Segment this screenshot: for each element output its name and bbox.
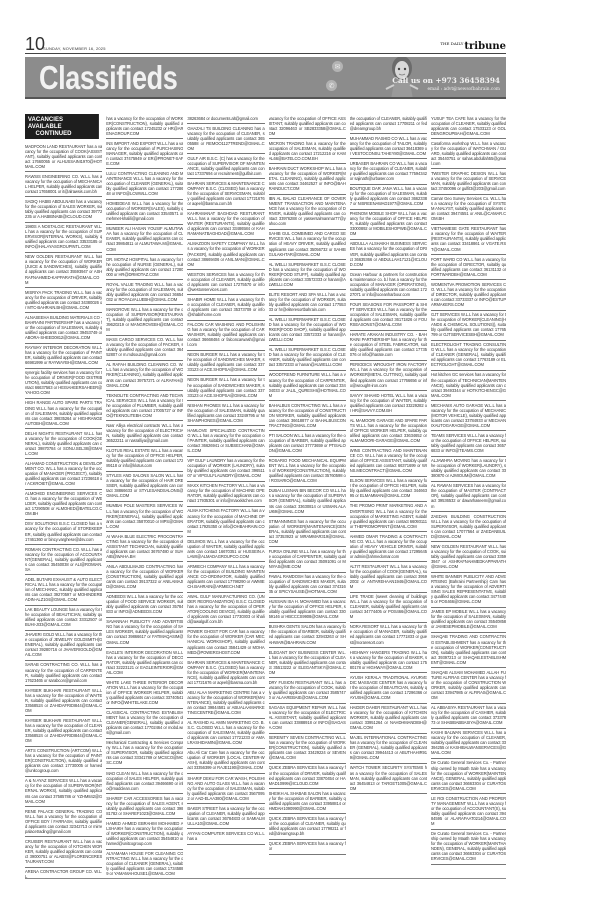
classified-ad: LAK BEAUTY LOUNGE has a vacancy for the … bbox=[25, 606, 102, 631]
classified-ad: ELSON SERVICES W.L.L has a vacancy for t… bbox=[350, 477, 427, 502]
classified-ad: ALNASEEHA BUILDING MATERIALS CO - BAHRAI… bbox=[25, 313, 102, 343]
classified-ad: SHAQAB TRADING AND CONTRACTING ESTABLISH… bbox=[431, 633, 506, 668]
classified-ad: ADEL BUTAIRI EXHAUST & AUTO ELECTRICAL W… bbox=[25, 575, 102, 605]
classified-ad: HIGHWAY HANGERS TRADING W.L.L has a vaca… bbox=[350, 648, 427, 673]
classified-ad: KHYBER BUKHARI RESTAURANT W.L.L has a va… bbox=[25, 686, 102, 716]
classified-ad: SHARIF DEKU FOR CAR WASH, POLISHING AND … bbox=[187, 774, 264, 804]
classified-ad: MECHANIX AUTO GARAGE W.L.L has a vacancy… bbox=[431, 401, 506, 431]
classified-ad: SAHIB GUL COMBINED AND CARGO SERVICES W.… bbox=[269, 230, 346, 260]
classified-ad: ANILA ABDULMAJID CONTRACTING has a vacan… bbox=[106, 562, 183, 592]
classified-ad: Nasr Alliya electrical contracts W.L.L h… bbox=[106, 421, 183, 446]
classified-ad: WOMENTVA PROMOTION SERVICES CO. W.L.L ha… bbox=[431, 280, 506, 310]
classified-ad: INS IMPORT AND EXPORT W.L.L has a vacanc… bbox=[106, 139, 183, 169]
classified-ad: ROMIAN CONTRACTING CO. W.L.L has a vacan… bbox=[25, 545, 102, 575]
classified-ad: ALJAWHRA MOVING has a vacancy for the oc… bbox=[431, 457, 506, 482]
classified-ad: WINS CONTRACTING AND MAINTENANCE CO. W.L… bbox=[350, 447, 427, 477]
classified-ad: AL ABBASIYA RESTAURANT has a vacancy for… bbox=[431, 704, 506, 729]
classified-ad: DUBAI LUSNAN BIN BECOR CO W.L.L has a va… bbox=[269, 487, 346, 517]
classified-ad: has a vacancy for the occupation of WORK… bbox=[106, 114, 183, 139]
classified-ad: ALMOHED ENGINEERING SERVICES CO. has a v… bbox=[25, 490, 102, 520]
classified-ad: TEKNOLITE CONTRACTING AND TECHNICAL SERV… bbox=[106, 391, 183, 421]
classified-ad: MANGROVE W.L.L has a vacancy for the occ… bbox=[106, 305, 183, 335]
classified-ad: DSV SOLUTIONS B.S.C CLOSED has a vacancy… bbox=[25, 520, 102, 545]
classified-ad: WHITE BANNER PUBLICITY AND ADVERTISING (… bbox=[431, 573, 506, 608]
classified-ad: DRY FUSION RESTAURANT W.L.L has a vacanc… bbox=[269, 678, 346, 703]
classified-ad: LIFE TRADE (sweet cleaning of buildings … bbox=[350, 593, 427, 623]
classified-ad: Ocean Harbour & partners for constructio… bbox=[350, 270, 427, 300]
classified-ad: Casaforma workshop W.L.L has a vacancy f… bbox=[431, 139, 506, 169]
classified-ad: BUSHRA GENTS SALON has a vacancy for the… bbox=[269, 623, 346, 648]
classified-ad: VIETNAMESE GATE RESTAURANT has a vacancy… bbox=[431, 225, 506, 255]
classified-ad: BAHALBUS CONTRACTING W.L.L has a vacancy… bbox=[269, 401, 346, 431]
classified-ad: GJT SERVICES W.L.L has a vacancy for the… bbox=[431, 311, 506, 341]
classified-ad: RAWSIS ENGINEERING CO. W.L.L has a vacan… bbox=[25, 172, 102, 197]
classified-ad: AL MAMOORI GARAGE AND SPARE PARTS W.L.L … bbox=[350, 416, 427, 446]
column-6: YUSUF TEA CAFE has a vacancy for the occ… bbox=[431, 114, 506, 879]
classified-ad: KHYBER BUKHARI RESTAURANT W.L.L has a va… bbox=[25, 716, 102, 746]
classified-ad: AL WELLI SUPERMARKET B.S.C CLOSED has a … bbox=[269, 260, 346, 290]
classified-ad: FURSA ONLINE W.L.L has a vacancy for the… bbox=[269, 547, 346, 572]
classified-ad: PTI SALOON W.L.L has a vacancy for the o… bbox=[269, 431, 346, 456]
classified-ad: QUICK ZEBRA SERVICES has a vacancy for t… bbox=[269, 764, 346, 789]
classified-ad: TEAMS SERVICES W.L.L has a vacancy for t… bbox=[431, 431, 506, 456]
classified-ad: MISRIYA PACK TRADING W.L.L has a vacancy… bbox=[25, 288, 102, 313]
classified-ad: ELITE RESORT AND SPA W.L.L has a vacancy… bbox=[269, 290, 346, 315]
classified-ad: PERIODICS WROUGHT IRON FACTORY W.L.L has… bbox=[350, 361, 427, 391]
classified-ad: SHAQAB ALSAM MOHAMED ALLAH FUTURE ALFIRA… bbox=[431, 668, 506, 703]
classified-ad: JAMES EP MOBILE W.L.L has a vacancy for … bbox=[431, 608, 506, 633]
classified-ad: SHABIR HOME W.L.L has a vacancy for the … bbox=[187, 295, 264, 320]
classified-ad: AYYAN COMPUTER SERVICES CO W.L.L has a bbox=[187, 829, 264, 844]
classified-ad: BAHRAIN SERVICES & MAINTENANCE COMPANY B… bbox=[187, 658, 264, 688]
classified-ad: SARAB CONTRACTING CO. W.L.L has a vacanc… bbox=[25, 661, 102, 686]
classified-ad: FOUR SEASONS FOR PASSPORT & SHIFT SERVIC… bbox=[350, 300, 427, 330]
classified-ad: MAD CLEAN W.L.L has a vacancy for the oc… bbox=[106, 769, 183, 794]
classified-ad: Hot kitchen GC services has a vacancy fo… bbox=[431, 371, 506, 401]
classified-ad: De Curato General Services Co. - Partner… bbox=[431, 830, 506, 865]
classifieds-columns: VACANCIES AVAILABLE CONTINUED MADFOON LA… bbox=[25, 114, 506, 879]
classified-ad: KAHRAMANAT BAGHDAD RESTURANT W.L.L has a… bbox=[187, 210, 264, 240]
section-heading-line1: VACANCIES AVAILABLE bbox=[28, 116, 96, 130]
phone-contact: Call us on +973 36458394 bbox=[392, 76, 500, 85]
classified-ad: QUICK ZEBRA SERVICES has a vacancy for t… bbox=[269, 814, 346, 839]
classified-ad: THE PROMO PRINT MARKETING AND ADVERTISIN… bbox=[350, 502, 427, 532]
classified-ad: SERENITY SEVEN CONTRACTING W.L.L has a v… bbox=[269, 734, 346, 764]
classified-ad: 38263684 or documents.alt@gmail.com bbox=[187, 114, 264, 124]
page-header: 10 SUNDAY, NOVEMBER 16, 2025 THE DAILYtr… bbox=[25, 36, 506, 54]
classified-ad: the occupation of CLEANER, suitably qual… bbox=[350, 114, 427, 134]
section-heading: VACANCIES AVAILABLE CONTINUED bbox=[25, 114, 99, 139]
classified-ad: ALYAMAMA HOUSE FOR CLEANING CONTRACTING … bbox=[106, 850, 183, 879]
classified-ad: GULF AIR B.S.C. (C) has a vacancy for th… bbox=[187, 154, 264, 179]
classified-ad: ROSARIO FOOD MECHANICAL EQUIPMENT W.L.L … bbox=[269, 457, 346, 487]
classified-ad: NISHAN PHONES W.L.L has a vacancy for th… bbox=[187, 401, 264, 426]
classified-ad: MUMBAI POLE MASTERS SERVICES W.L.L has a… bbox=[106, 502, 183, 532]
classified-ad: NEW GOLDEN RESTAURANT W.L.L has a vacanc… bbox=[431, 542, 506, 572]
classified-ad: DELIMOS W.L.L has a vacancy for the occu… bbox=[187, 537, 264, 562]
classified-ad: AWAL GULF MANUFACTURING CO. (UNDER REORG… bbox=[187, 593, 264, 628]
classified-ad: VIP GULF LAUNDRY has a vacancy for the o… bbox=[187, 457, 264, 482]
classified-ad: BAHRAIN SERVICES & MAINTENANCE COMPANY B… bbox=[187, 179, 264, 209]
classified-ad: NORA RESORT W.L.L has a vacancy for the … bbox=[350, 623, 427, 648]
classified-ad: AL RASHID AL AMIN MARKETING CO. B.S.C. C… bbox=[187, 719, 264, 749]
column-5: the occupation of CLEANER, suitably qual… bbox=[350, 114, 427, 879]
classified-ad: synergic facility services has a vacancy… bbox=[25, 369, 102, 399]
classified-ad: BAKER STREET has a vacancy for the occup… bbox=[187, 804, 264, 829]
classified-ad: CRUISER RESTAURANT W.L.L has a vacancy f… bbox=[25, 837, 102, 867]
classified-ad: WESTON SERVICES has a vacancy for the oc… bbox=[187, 270, 264, 295]
classified-ad: URBASER BAHRAIN CO W.L.L has a vacancy f… bbox=[350, 159, 427, 184]
classified-ad: Mechanical Contracting & Services Compan… bbox=[106, 739, 183, 769]
column-2: has a vacancy for the occupation of WORK… bbox=[106, 114, 183, 879]
email-contact: email : advt@newsofbahrain.com bbox=[427, 87, 500, 92]
classified-ad: TWISTER GRAPHIC DESIGN W.L.L has a vacan… bbox=[431, 169, 506, 194]
classified-ad: MUHAMMAD RASHID CO W.L.L has a vacancy f… bbox=[350, 134, 427, 159]
classified-ad: BAHRAIN DUCT WORKSHOP W.L.L has a vacanc… bbox=[269, 164, 346, 194]
column-1: VACANCIES AVAILABLE CONTINUED MADFOON LA… bbox=[25, 114, 102, 879]
classified-ad: NEON BURGER W.L.L has a vacancy for the … bbox=[187, 376, 264, 401]
publication-date: SUNDAY, NOVEMBER 16, 2025 bbox=[43, 46, 106, 51]
classified-ad: MAXX KITCHEN FACTORY W.L.L has a vacancy… bbox=[187, 482, 264, 507]
classified-ad: GHAZALI TS BUILDING CLEANING has a vacan… bbox=[187, 124, 264, 154]
classified-ad: De Curato General Services Co. - Partner… bbox=[431, 759, 506, 794]
classified-ad: RAYWAY INTERIOR DECORATION W.L.L has a v… bbox=[25, 344, 102, 369]
classified-ad: ALMAZOON SAFETY COMPANY W.L.L has a vaca… bbox=[187, 240, 264, 270]
classified-ad: SHEIKH AL SHABAB SALON has a vacancy for… bbox=[269, 789, 346, 814]
classified-ad: MADFOON LAND RESTAURANT has a vacancy fo… bbox=[25, 142, 102, 172]
classified-ad: AL WELLI SUPERMARKET B.S.C CLOSED has a … bbox=[269, 316, 346, 346]
classified-ad: AYUSH KERALA TRADITIONAL AYURVEDIC MASSA… bbox=[350, 673, 427, 703]
classified-ad: ARTS CONSTRUCTION (ARTCOM) W.L.L has a v… bbox=[25, 747, 102, 777]
classified-ad: CLASSICAL CONTRACTING ESTABLISHMENT has … bbox=[106, 709, 183, 739]
classified-ad: KLOTUS REAL ESTATE W.L.L has a vacancy f… bbox=[106, 447, 183, 472]
classified-ad: LULU CONTRACTING CLEANING AND MAINTENANC… bbox=[106, 169, 183, 199]
classified-ad: EAGLE'S INTERIOR DECORATION W.L.L has a … bbox=[106, 648, 183, 678]
classified-ad: AL RAWAN SERVICES has a vacancy for the … bbox=[431, 482, 506, 512]
classifieds-banner: Classifieds ✉ ✆ ▯ ◯ Call us on +973 3645… bbox=[25, 57, 506, 99]
classified-ad: FALCON CAR WASHING AND POLISHING has a v… bbox=[187, 321, 264, 351]
classified-ad: NEON BURGER W.L.L has a vacancy for the … bbox=[187, 351, 264, 376]
classified-ad: A & N AYAZ SERVICES W.L.L has a vacancy … bbox=[25, 777, 102, 807]
classified-ad: AL WELLI SUPERMARKET B.S.C CLOSED has a … bbox=[269, 346, 346, 371]
classified-ad: QUICK ZEBRA SERVICES has a vacancy for bbox=[269, 840, 346, 855]
classified-ad: STIMANNINGS has a vacancy for the occupa… bbox=[269, 517, 346, 547]
classified-ad: ABDULLA ALSHAIKH BUSINESS SERVICES has a… bbox=[350, 240, 427, 270]
classified-ad: KASHI BALWAN SERVICES W.L.L has a vacanc… bbox=[431, 729, 506, 759]
classified-ad: HARATE ARAKAN INDUSTRY CO. - BAHRAINI PA… bbox=[350, 331, 427, 361]
classified-ad: ADNEEDS W.L.L has a vacancy for the occu… bbox=[106, 593, 183, 618]
classified-ad: ALHAMAD CONSTRUCTION & DEVELOPMENT CO. W… bbox=[25, 459, 102, 489]
classified-ad: DR. MOTAZ HOSPITAL has a vacancy for the… bbox=[106, 255, 183, 280]
classified-ad: HOMEIDEAS W.L.L has a vacancy for the oc… bbox=[106, 200, 183, 225]
classified-ad: SAGASA EQUIPMENT REPAIR W.L.L has a vaca… bbox=[269, 704, 346, 734]
classified-ad: SADIQ HABIB ABDULNABI has a vacancy for … bbox=[25, 197, 102, 222]
classified-ad: MUNEER ALI HASAN YOUSIF ALMUTAWAA has a … bbox=[106, 225, 183, 255]
classified-ad: AHMED OMAR TRADING & CONTRACTING CO. W.L… bbox=[350, 532, 427, 562]
classified-ad: ZAEDAN BUILDING CONSTRUCTION W.L.L has a… bbox=[431, 512, 506, 542]
classified-ad: WHITE LAKE THREE INTERIOR DECORATION W.L… bbox=[106, 678, 183, 708]
classified-ad: ALTIT RESTAURANT W.L.L has a vacancy for… bbox=[350, 562, 427, 592]
classified-ad: IBN AL BALAD CLEARANCE OF GOVERNMENT TRA… bbox=[269, 195, 346, 230]
classified-ad: NEW GOLDEN RESTAURANT W.L.L has a vacanc… bbox=[25, 253, 102, 288]
classified-ad: Abu Ali Car Care has a vacancy for the o… bbox=[187, 749, 264, 774]
classified-ad: MASS CARGO SERVICES CO. W.L.L has a vaca… bbox=[106, 336, 183, 361]
classified-ad: AL RAFAH BUILDING CLEANING CO. W.L.L has… bbox=[106, 361, 183, 391]
classified-ad: HAMED AHMED EBRAHIM MOHAMED ALSHAIKH has… bbox=[106, 819, 183, 849]
classified-ad: STYLES AND SALONS SALON W.L.L has a vaca… bbox=[106, 472, 183, 502]
classified-ad: ELEGANT SKY BUSINESS CENTER W.L.L has a … bbox=[269, 648, 346, 678]
classified-ad: HAIDER DAHER RESTAURANT W.L.L has a vaca… bbox=[350, 704, 427, 734]
classified-ad: HAMLOVE SPECIALIZED CONTRACTING W.L.L ha… bbox=[187, 426, 264, 456]
logo-prefix: THE DAILY bbox=[440, 41, 463, 46]
phone-icon: ✆ bbox=[326, 80, 337, 91]
classified-ad: ARMIECH COMPANY W.L.L has a vacancy for … bbox=[187, 562, 264, 592]
classified-ad: FAWAL RAMDOSH has a vacancy for the occu… bbox=[269, 573, 346, 598]
classified-ad: WATCH TOWER SECURITY SYSTEMS has a vacan… bbox=[350, 764, 427, 794]
newspaper-logo: THE DAILYtribune bbox=[440, 41, 506, 52]
classified-ad: MAJEL INTERNATIONAL CONTRACTING has a va… bbox=[350, 734, 427, 764]
column-3: 38263684 or documents.alt@gmail.comGHAZA… bbox=[187, 114, 264, 879]
classified-ad: HIGH RANGE AUTO SPARE PARTS TRADING W.L.… bbox=[25, 399, 102, 429]
classified-ad: RENE PALACE GENERAL TRADING CO W.L.L has… bbox=[25, 807, 102, 837]
classified-ad: HUSSAIN ISA H. MOHAMED has a vacancy for… bbox=[269, 598, 346, 623]
classified-ad: PHENOM MOBILE SHOP W.L.L has a vacancy f… bbox=[350, 210, 427, 240]
classified-ad: ABU ALAA MARKETING CENTRE has a vacancy … bbox=[187, 688, 264, 718]
classified-ad: vacancy for the occupation of OFFICE ASS… bbox=[269, 114, 346, 139]
section-heading-line2: CONTINUED bbox=[28, 130, 96, 137]
logo-text: tribune bbox=[464, 41, 506, 52]
classified-ad: Camar Geo Survey Services Co. W.L.L has … bbox=[431, 195, 506, 225]
classified-ad: AI WAHA BLUE ELECTRIC PROCONTRACTING has… bbox=[106, 532, 183, 562]
classified-ad: 1980S A NOSTALGIC RESTAURANT W.L.L has a… bbox=[25, 223, 102, 253]
classified-ad: YUSUF TEA CAFE has a vacancy for the occ… bbox=[431, 114, 506, 139]
classified-ad: MICRON TRADING has a vacancy for the occ… bbox=[269, 139, 346, 164]
classified-ad: BOUTIQUE DAR JANA W.L.L has a vacancy fo… bbox=[350, 185, 427, 210]
classified-ad: JHAVERI GOLD W.L.L has a vacancy for the… bbox=[25, 631, 102, 661]
classified-ad: DELHI NIGHTS RESTAURANT W.L.L has a vaca… bbox=[25, 429, 102, 459]
mail-icon: ✉ bbox=[332, 61, 343, 72]
classified-ad: ROYAL VALUE TRADING W.L.L has a vacancy … bbox=[106, 280, 183, 305]
classified-ad: SAVANNAH PUBLICITY AND ADVERTISING has a… bbox=[106, 618, 183, 648]
classified-ad: SAVVY SHAHID HOTEL W.L.L has a vacancy f… bbox=[350, 391, 427, 416]
banner-title: Classifieds bbox=[39, 59, 177, 97]
classified-ad: FORT WARD CO W.L.L has a vacancy for the… bbox=[431, 255, 506, 280]
classified-ad: ELECTROLIGHT TRADING CONSULTING W.L.L ha… bbox=[431, 341, 506, 371]
classified-ad: ALMA KITCHENS FACTORY W.L.L has a vacanc… bbox=[187, 507, 264, 537]
classified-ad: POWER GHOST FOR CAR has a vacancy for th… bbox=[187, 628, 264, 658]
bottom-rule bbox=[25, 878, 506, 879]
classified-ad: WOODTREND FURNITURE W.L.L has a vacancy … bbox=[269, 371, 346, 401]
classified-ad: SHAREF CAR ACCESSORIES has a vacancy for… bbox=[106, 794, 183, 819]
classified-ad: LE ROI CONSTRUCTION AND PROPERTY MANAGEM… bbox=[431, 794, 506, 829]
column-4: vacancy for the occupation of OFFICE ASS… bbox=[269, 114, 346, 879]
